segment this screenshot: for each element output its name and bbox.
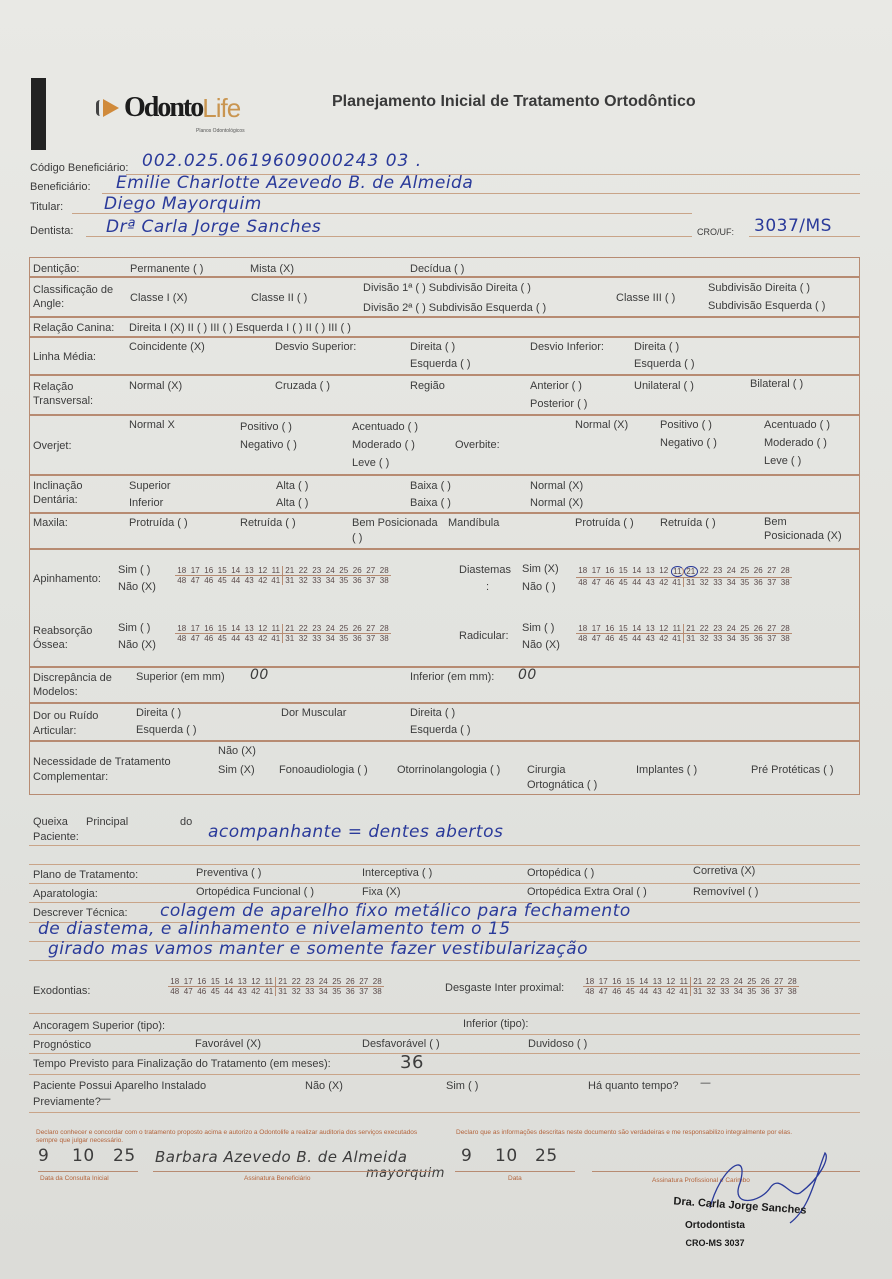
beneficiario-field[interactable]: Emilie Charlotte Azevedo B. de Almeida [116, 173, 473, 193]
tooth-46[interactable]: 46 [195, 987, 209, 996]
tooth-41[interactable]: 41 [270, 576, 284, 585]
tooth-35[interactable]: 35 [745, 987, 759, 996]
tooth-26[interactable]: 26 [351, 566, 365, 575]
tooth-46[interactable]: 46 [603, 578, 617, 587]
tooth-48[interactable]: 48 [168, 987, 182, 996]
radicular-tooth-chart[interactable]: 1817161514131211212223242526272848474645… [576, 624, 792, 643]
exodontias-tooth-chart[interactable]: 1817161514131211212223242526272848474645… [168, 977, 384, 996]
tooth-41[interactable]: 41 [263, 987, 277, 996]
overjet-normal-checkbox[interactable]: Normal X [129, 419, 175, 431]
angle-subdir-checkbox[interactable]: Subdivisão Direita ( ) [708, 282, 810, 294]
canina-options[interactable]: Direita I (X) II ( ) III ( ) Esquerda I … [129, 322, 351, 334]
tooth-36[interactable]: 36 [759, 987, 773, 996]
tooth-32[interactable]: 32 [290, 987, 304, 996]
tooth-21[interactable]: 21 [691, 977, 705, 986]
tooth-21[interactable]: 21 [283, 624, 297, 633]
tooth-18[interactable]: 18 [175, 566, 189, 575]
tecnica-line-2[interactable]: de diastema, e alinhamento e nivelamento… [38, 919, 511, 939]
tooth-43[interactable]: 43 [243, 576, 257, 585]
dor-direita-checkbox[interactable]: Direita ( ) [136, 707, 181, 719]
tooth-15[interactable]: 15 [617, 566, 631, 577]
tooth-22[interactable]: 22 [297, 566, 311, 575]
denticao-decidua-checkbox[interactable]: Decídua ( ) [410, 263, 464, 275]
radicular-nao-checkbox[interactable]: Não (X) [522, 639, 560, 651]
overbite-negativo-checkbox[interactable]: Negativo ( ) [660, 437, 717, 449]
tooth-22[interactable]: 22 [698, 566, 712, 577]
sup-normal-checkbox[interactable]: Normal (X) [530, 480, 583, 492]
transversal-cruzada-checkbox[interactable]: Cruzada ( ) [275, 380, 330, 392]
ha-quanto-tempo-field[interactable]: — [700, 1076, 712, 1089]
apinhamento-nao-checkbox[interactable]: Não (X) [118, 581, 156, 593]
tooth-37[interactable]: 37 [765, 634, 779, 643]
posterior-checkbox[interactable]: Posterior ( ) [530, 398, 587, 410]
inf-alta-checkbox[interactable]: Alta ( ) [276, 497, 308, 509]
tooth-35[interactable]: 35 [330, 987, 344, 996]
desfavoravel-checkbox[interactable]: Desfavorável ( ) [362, 1038, 440, 1050]
tooth-44[interactable]: 44 [229, 634, 243, 643]
tooth-42[interactable]: 42 [256, 634, 270, 643]
tooth-36[interactable]: 36 [752, 578, 766, 587]
tooth-22[interactable]: 22 [698, 624, 712, 633]
date-left-day[interactable]: 9 [38, 1146, 49, 1166]
coincidente-checkbox[interactable]: Coincidente (X) [129, 341, 205, 353]
tooth-34[interactable]: 34 [317, 987, 331, 996]
tooth-11[interactable]: 11 [671, 624, 685, 633]
date-left-year[interactable]: 25 [113, 1146, 136, 1166]
tooth-44[interactable]: 44 [222, 987, 236, 996]
tooth-23[interactable]: 23 [310, 566, 324, 575]
tooth-47[interactable]: 47 [189, 576, 203, 585]
corretiva-checkbox[interactable]: Corretiva (X) [693, 865, 755, 877]
funcional-checkbox[interactable]: Ortopédica Funcional ( ) [196, 886, 314, 898]
tooth-35[interactable]: 35 [738, 578, 752, 587]
tooth-36[interactable]: 36 [344, 987, 358, 996]
sup-alta-checkbox[interactable]: Alta ( ) [276, 480, 308, 492]
tooth-47[interactable]: 47 [182, 987, 196, 996]
tooth-28[interactable]: 28 [378, 624, 392, 633]
tooth-12[interactable]: 12 [657, 566, 671, 577]
tooth-34[interactable]: 34 [725, 634, 739, 643]
tooth-25[interactable]: 25 [738, 566, 752, 577]
tooth-26[interactable]: 26 [344, 977, 358, 986]
otorrino-checkbox[interactable]: Otorrinolangologia ( ) [397, 764, 500, 776]
fixa-checkbox[interactable]: Fixa (X) [362, 886, 401, 898]
tooth-38[interactable]: 38 [786, 987, 800, 996]
tooth-42[interactable]: 42 [657, 578, 671, 587]
aparelho-previamente-field[interactable]: — [100, 1092, 112, 1105]
tooth-12[interactable]: 12 [657, 624, 671, 633]
necessidade-sim-checkbox[interactable]: Sim (X) [218, 764, 255, 776]
tooth-16[interactable]: 16 [202, 566, 216, 575]
denticao-permanente-checkbox[interactable]: Permanente ( ) [130, 263, 203, 275]
tooth-47[interactable]: 47 [590, 578, 604, 587]
tooth-38[interactable]: 38 [378, 634, 392, 643]
overbite-acentuado-checkbox[interactable]: Acentuado ( ) [764, 419, 830, 431]
tooth-23[interactable]: 23 [303, 977, 317, 986]
tooth-13[interactable]: 13 [644, 624, 658, 633]
tooth-36[interactable]: 36 [351, 634, 365, 643]
tooth-12[interactable]: 12 [256, 566, 270, 575]
angle-classe2-checkbox[interactable]: Classe II ( ) [251, 292, 307, 304]
interceptiva-checkbox[interactable]: Interceptiva ( ) [362, 867, 432, 879]
date-right-year[interactable]: 25 [535, 1146, 558, 1166]
tooth-46[interactable]: 46 [202, 634, 216, 643]
angle-classe1-checkbox[interactable]: Classe I (X) [130, 292, 187, 304]
tooth-33[interactable]: 33 [711, 578, 725, 587]
fonoaudiologia-checkbox[interactable]: Fonoaudiologia ( ) [279, 764, 368, 776]
tooth-48[interactable]: 48 [175, 576, 189, 585]
tooth-31[interactable]: 31 [691, 987, 705, 996]
tooth-37[interactable]: 37 [772, 987, 786, 996]
removivel-checkbox[interactable]: Removível ( ) [693, 886, 758, 898]
tooth-25[interactable]: 25 [337, 624, 351, 633]
tooth-46[interactable]: 46 [603, 634, 617, 643]
tooth-37[interactable]: 37 [765, 578, 779, 587]
tooth-24[interactable]: 24 [732, 977, 746, 986]
tooth-24[interactable]: 24 [324, 624, 338, 633]
tooth-12[interactable]: 12 [256, 624, 270, 633]
tooth-33[interactable]: 33 [711, 634, 725, 643]
tooth-17[interactable]: 17 [189, 566, 203, 575]
tooth-18[interactable]: 18 [175, 624, 189, 633]
tooth-23[interactable]: 23 [711, 566, 725, 577]
tooth-18[interactable]: 18 [168, 977, 182, 986]
dentista-field[interactable]: Drª Carla Jorge Sanches [106, 217, 321, 237]
maxila-bem-posicionada-checkbox[interactable]: ( ) [352, 532, 362, 544]
tooth-14[interactable]: 14 [637, 977, 651, 986]
tooth-48[interactable]: 48 [576, 634, 590, 643]
tooth-24[interactable]: 24 [725, 566, 739, 577]
date-left-month[interactable]: 10 [72, 1146, 95, 1166]
overjet-negativo-checkbox[interactable]: Negativo ( ) [240, 439, 297, 451]
tooth-44[interactable]: 44 [630, 578, 644, 587]
tooth-47[interactable]: 47 [590, 634, 604, 643]
tooth-11[interactable]: 11 [270, 624, 284, 633]
tooth-15[interactable]: 15 [216, 566, 230, 575]
necessidade-nao-checkbox[interactable]: Não (X) [218, 745, 256, 757]
tooth-26[interactable]: 26 [752, 566, 766, 577]
tooth-33[interactable]: 33 [303, 987, 317, 996]
tooth-15[interactable]: 15 [624, 977, 638, 986]
tooth-11[interactable]: 11 [270, 566, 284, 575]
tooth-17[interactable]: 17 [189, 624, 203, 633]
overjet-acentuado-checkbox[interactable]: Acentuado ( ) [352, 421, 418, 433]
apinhamento-sim-checkbox[interactable]: Sim ( ) [118, 564, 150, 576]
tooth-32[interactable]: 32 [698, 578, 712, 587]
date-right-month[interactable]: 10 [495, 1146, 518, 1166]
declaration-right: Declaro que as informações descritas nes… [456, 1129, 861, 1137]
dor-esquerda-checkbox[interactable]: Esquerda ( ) [136, 724, 197, 736]
muscular-direita-checkbox[interactable]: Direita ( ) [410, 707, 455, 719]
tooth-34[interactable]: 34 [732, 987, 746, 996]
overjet-moderado-checkbox[interactable]: Moderado ( ) [352, 439, 415, 451]
diastemas-tooth-chart[interactable]: 1817161514131211212223242526272848474645… [576, 566, 792, 587]
tooth-17[interactable]: 17 [590, 624, 604, 633]
titular-field[interactable]: Diego Mayorquim [104, 194, 262, 214]
tooth-24[interactable]: 24 [317, 977, 331, 986]
ortopedica-checkbox[interactable]: Ortopédica ( ) [527, 867, 594, 879]
angle-div1-checkbox[interactable]: Divisão 1ª ( ) Subdivisão Direita ( ) [363, 282, 531, 294]
beneficiario-signature[interactable]: Barbara Azevedo B. de Almeida [155, 1148, 407, 1166]
tooth-48[interactable]: 48 [175, 634, 189, 643]
tooth-33[interactable]: 33 [310, 576, 324, 585]
reabsorcao-sim-checkbox[interactable]: Sim ( ) [118, 622, 150, 634]
tooth-21[interactable]: 21 [684, 566, 698, 577]
tooth-26[interactable]: 26 [759, 977, 773, 986]
tooth-34[interactable]: 34 [324, 576, 338, 585]
tooth-46[interactable]: 46 [610, 987, 624, 996]
mandibula-bem-posicionada-checkbox[interactable]: Posicionada (X) [764, 530, 842, 542]
tooth-45[interactable]: 45 [624, 987, 638, 996]
tooth-45[interactable]: 45 [216, 634, 230, 643]
diastemas-sim-checkbox[interactable]: Sim (X) [522, 563, 559, 575]
tooth-28[interactable]: 28 [378, 566, 392, 575]
tooth-13[interactable]: 13 [644, 566, 658, 577]
tooth-26[interactable]: 26 [351, 624, 365, 633]
tooth-17[interactable]: 17 [590, 566, 604, 577]
tooth-42[interactable]: 42 [657, 634, 671, 643]
tooth-44[interactable]: 44 [637, 987, 651, 996]
tooth-41[interactable]: 41 [678, 987, 692, 996]
tooth-18[interactable]: 18 [576, 624, 590, 633]
tooth-15[interactable]: 15 [209, 977, 223, 986]
tooth-16[interactable]: 16 [603, 566, 617, 577]
tooth-24[interactable]: 24 [324, 566, 338, 575]
tooth-45[interactable]: 45 [617, 578, 631, 587]
tooth-32[interactable]: 32 [705, 987, 719, 996]
tooth-32[interactable]: 32 [297, 576, 311, 585]
cirurgia-ortognatica-checkbox[interactable]: Ortognática ( ) [527, 779, 597, 791]
anterior-checkbox[interactable]: Anterior ( ) [530, 380, 582, 392]
duvidoso-checkbox[interactable]: Duvidoso ( ) [528, 1038, 587, 1050]
tooth-27[interactable]: 27 [765, 624, 779, 633]
discrepancia-superior-field[interactable]: 00 [250, 667, 269, 683]
tooth-44[interactable]: 44 [229, 576, 243, 585]
queixa-field[interactable]: acompanhante = dentes abertos [208, 822, 503, 842]
tooth-45[interactable]: 45 [209, 987, 223, 996]
tooth-38[interactable]: 38 [378, 576, 392, 585]
tooth-22[interactable]: 22 [297, 624, 311, 633]
inf-baixa-checkbox[interactable]: Baixa ( ) [410, 497, 451, 509]
maxila-protruida-checkbox[interactable]: Protruída ( ) [129, 517, 188, 529]
denticao-mista-checkbox[interactable]: Mista (X) [250, 263, 294, 275]
tooth-28[interactable]: 28 [779, 624, 793, 633]
tooth-47[interactable]: 47 [189, 634, 203, 643]
tooth-13[interactable]: 13 [651, 977, 665, 986]
tooth-37[interactable]: 37 [364, 634, 378, 643]
desvio-inf-direita-checkbox[interactable]: Direita ( ) [634, 341, 679, 353]
tooth-46[interactable]: 46 [202, 576, 216, 585]
overbite-moderado-checkbox[interactable]: Moderado ( ) [764, 437, 827, 449]
tooth-11[interactable]: 11 [671, 566, 685, 577]
tooth-42[interactable]: 42 [249, 987, 263, 996]
tecnica-line-1[interactable]: colagem de aparelho fixo metálico para f… [160, 901, 631, 921]
tooth-42[interactable]: 42 [256, 576, 270, 585]
tooth-41[interactable]: 41 [270, 634, 284, 643]
tooth-33[interactable]: 33 [718, 987, 732, 996]
tooth-35[interactable]: 35 [738, 634, 752, 643]
tooth-48[interactable]: 48 [583, 987, 597, 996]
discrepancia-inferior-field[interactable]: 00 [518, 667, 537, 683]
tooth-35[interactable]: 35 [337, 576, 351, 585]
tooth-15[interactable]: 15 [617, 624, 631, 633]
tooth-21[interactable]: 21 [283, 566, 297, 575]
tooth-38[interactable]: 38 [779, 634, 793, 643]
tooth-11[interactable]: 11 [678, 977, 692, 986]
reabsorcao-nao-checkbox[interactable]: Não (X) [118, 639, 156, 651]
tooth-32[interactable]: 32 [297, 634, 311, 643]
tooth-23[interactable]: 23 [711, 624, 725, 633]
overbite-normal-checkbox[interactable]: Normal (X) [575, 419, 628, 431]
tooth-15[interactable]: 15 [216, 624, 230, 633]
tooth-11[interactable]: 11 [263, 977, 277, 986]
tooth-14[interactable]: 14 [222, 977, 236, 986]
tooth-13[interactable]: 13 [236, 977, 250, 986]
tooth-38[interactable]: 38 [371, 987, 385, 996]
tooth-18[interactable]: 18 [576, 566, 590, 577]
tooth-25[interactable]: 25 [337, 566, 351, 575]
tooth-25[interactable]: 25 [738, 624, 752, 633]
tooth-13[interactable]: 13 [243, 624, 257, 633]
tooth-28[interactable]: 28 [371, 977, 385, 986]
tooth-21[interactable]: 21 [276, 977, 290, 986]
tooth-33[interactable]: 33 [310, 634, 324, 643]
tooth-25[interactable]: 25 [745, 977, 759, 986]
tooth-27[interactable]: 27 [364, 624, 378, 633]
sup-baixa-checkbox[interactable]: Baixa ( ) [410, 480, 451, 492]
tooth-17[interactable]: 17 [597, 977, 611, 986]
tooth-32[interactable]: 32 [698, 634, 712, 643]
aparelho-sim-checkbox[interactable]: Sim ( ) [446, 1080, 478, 1092]
radicular-sim-checkbox[interactable]: Sim ( ) [522, 622, 554, 634]
mandibula-protruida-checkbox[interactable]: Protruída ( ) [575, 517, 634, 529]
mandibula-retruida-checkbox[interactable]: Retruída ( ) [660, 517, 716, 529]
tooth-43[interactable]: 43 [243, 634, 257, 643]
tooth-37[interactable]: 37 [364, 576, 378, 585]
favoravel-checkbox[interactable]: Favorável (X) [195, 1038, 261, 1050]
overjet-positivo-checkbox[interactable]: Positivo ( ) [240, 421, 292, 433]
tooth-35[interactable]: 35 [337, 634, 351, 643]
tooth-24[interactable]: 24 [725, 624, 739, 633]
bilateral-checkbox[interactable]: Bilateral ( ) [750, 378, 803, 390]
cro-field[interactable]: 3037/MS [754, 216, 832, 236]
tooth-36[interactable]: 36 [752, 634, 766, 643]
pre-proteticas-checkbox[interactable]: Pré Protéticas ( ) [751, 764, 834, 776]
tooth-14[interactable]: 14 [229, 566, 243, 575]
tooth-48[interactable]: 48 [576, 578, 590, 587]
unilateral-checkbox[interactable]: Unilateral ( ) [634, 380, 694, 392]
tooth-43[interactable]: 43 [644, 634, 658, 643]
tooth-18[interactable]: 18 [583, 977, 597, 986]
desgaste-tooth-chart[interactable]: 1817161514131211212223242526272848474645… [583, 977, 799, 996]
tooth-22[interactable]: 22 [290, 977, 304, 986]
tooth-45[interactable]: 45 [617, 634, 631, 643]
tooth-23[interactable]: 23 [310, 624, 324, 633]
tooth-25[interactable]: 25 [330, 977, 344, 986]
overbite-leve-checkbox[interactable]: Leve ( ) [764, 455, 801, 467]
tooth-31[interactable]: 31 [684, 578, 698, 587]
tooth-31[interactable]: 31 [684, 634, 698, 643]
tooth-14[interactable]: 14 [229, 624, 243, 633]
tooth-16[interactable]: 16 [603, 624, 617, 633]
tooth-28[interactable]: 28 [786, 977, 800, 986]
maxila-retruida-checkbox[interactable]: Retruída ( ) [240, 517, 296, 529]
diastemas-nao-checkbox[interactable]: Não ( ) [522, 581, 556, 593]
tooth-43[interactable]: 43 [236, 987, 250, 996]
muscular-esquerda-checkbox[interactable]: Esquerda ( ) [410, 724, 471, 736]
reabsorcao-tooth-chart[interactable]: 1817161514131211212223242526272848474645… [175, 624, 391, 643]
tooth-38[interactable]: 38 [779, 578, 793, 587]
overjet-leve-checkbox[interactable]: Leve ( ) [352, 457, 389, 469]
tooth-27[interactable]: 27 [765, 566, 779, 577]
extra-oral-checkbox[interactable]: Ortopédica Extra Oral ( ) [527, 886, 647, 898]
desvio-sup-esquerda-checkbox[interactable]: Esquerda ( ) [410, 358, 471, 370]
tooth-27[interactable]: 27 [357, 977, 371, 986]
tooth-43[interactable]: 43 [651, 987, 665, 996]
tooth-16[interactable]: 16 [610, 977, 624, 986]
tooth-44[interactable]: 44 [630, 634, 644, 643]
aparelho-label: Paciente Possui Aparelho Instalado [33, 1080, 206, 1092]
tooth-16[interactable]: 16 [195, 977, 209, 986]
tooth-12[interactable]: 12 [249, 977, 263, 986]
tooth-27[interactable]: 27 [364, 566, 378, 575]
tooth-31[interactable]: 31 [283, 634, 297, 643]
tooth-13[interactable]: 13 [243, 566, 257, 575]
codigo-field[interactable]: 002.025.0619609000243 03 . [142, 151, 422, 171]
tooth-21[interactable]: 21 [684, 624, 698, 633]
transversal-normal-checkbox[interactable]: Normal (X) [129, 380, 182, 392]
tooth-23[interactable]: 23 [718, 977, 732, 986]
tooth-17[interactable]: 17 [182, 977, 196, 986]
tooth-37[interactable]: 37 [357, 987, 371, 996]
tooth-14[interactable]: 14 [630, 566, 644, 577]
tempo-field[interactable]: 36 [400, 1052, 424, 1073]
tooth-41[interactable]: 41 [671, 634, 685, 643]
inf-normal-checkbox[interactable]: Normal (X) [530, 497, 583, 509]
implantes-checkbox[interactable]: Implantes ( ) [636, 764, 697, 776]
tecnica-line-3[interactable]: girado mas vamos manter e somente fazer … [48, 939, 588, 959]
tooth-45[interactable]: 45 [216, 576, 230, 585]
desvio-sup-direita-checkbox[interactable]: Direita ( ) [410, 341, 455, 353]
tooth-28[interactable]: 28 [779, 566, 793, 577]
preventiva-checkbox[interactable]: Preventiva ( ) [196, 867, 261, 879]
tooth-12[interactable]: 12 [664, 977, 678, 986]
angle-subesq-checkbox[interactable]: Subdivisão Esquerda ( ) [708, 300, 825, 312]
tooth-31[interactable]: 31 [276, 987, 290, 996]
tooth-14[interactable]: 14 [630, 624, 644, 633]
tooth-42[interactable]: 42 [664, 987, 678, 996]
tooth-22[interactable]: 22 [705, 977, 719, 986]
angle-div2-checkbox[interactable]: Divisão 2ª ( ) Subdivisão Esquerda ( ) [363, 302, 546, 314]
overbite-positivo-checkbox[interactable]: Positivo ( ) [660, 419, 712, 431]
date-right-day[interactable]: 9 [461, 1146, 472, 1166]
aparelho-nao-checkbox[interactable]: Não (X) [305, 1080, 343, 1092]
angle-classe3-checkbox[interactable]: Classe III ( ) [616, 292, 675, 304]
tooth-36[interactable]: 36 [351, 576, 365, 585]
desvio-inf-esquerda-checkbox[interactable]: Esquerda ( ) [634, 358, 695, 370]
tooth-34[interactable]: 34 [725, 578, 739, 587]
tooth-43[interactable]: 43 [644, 578, 658, 587]
tooth-27[interactable]: 27 [772, 977, 786, 986]
apinhamento-tooth-chart[interactable]: 1817161514131211212223242526272848474645… [175, 566, 391, 585]
tooth-31[interactable]: 31 [283, 576, 297, 585]
tooth-16[interactable]: 16 [202, 624, 216, 633]
tooth-41[interactable]: 41 [671, 578, 685, 587]
tooth-34[interactable]: 34 [324, 634, 338, 643]
declaration-left: Declaro conhecer e concordar com o trata… [36, 1129, 431, 1145]
tooth-47[interactable]: 47 [597, 987, 611, 996]
tooth-26[interactable]: 26 [752, 624, 766, 633]
